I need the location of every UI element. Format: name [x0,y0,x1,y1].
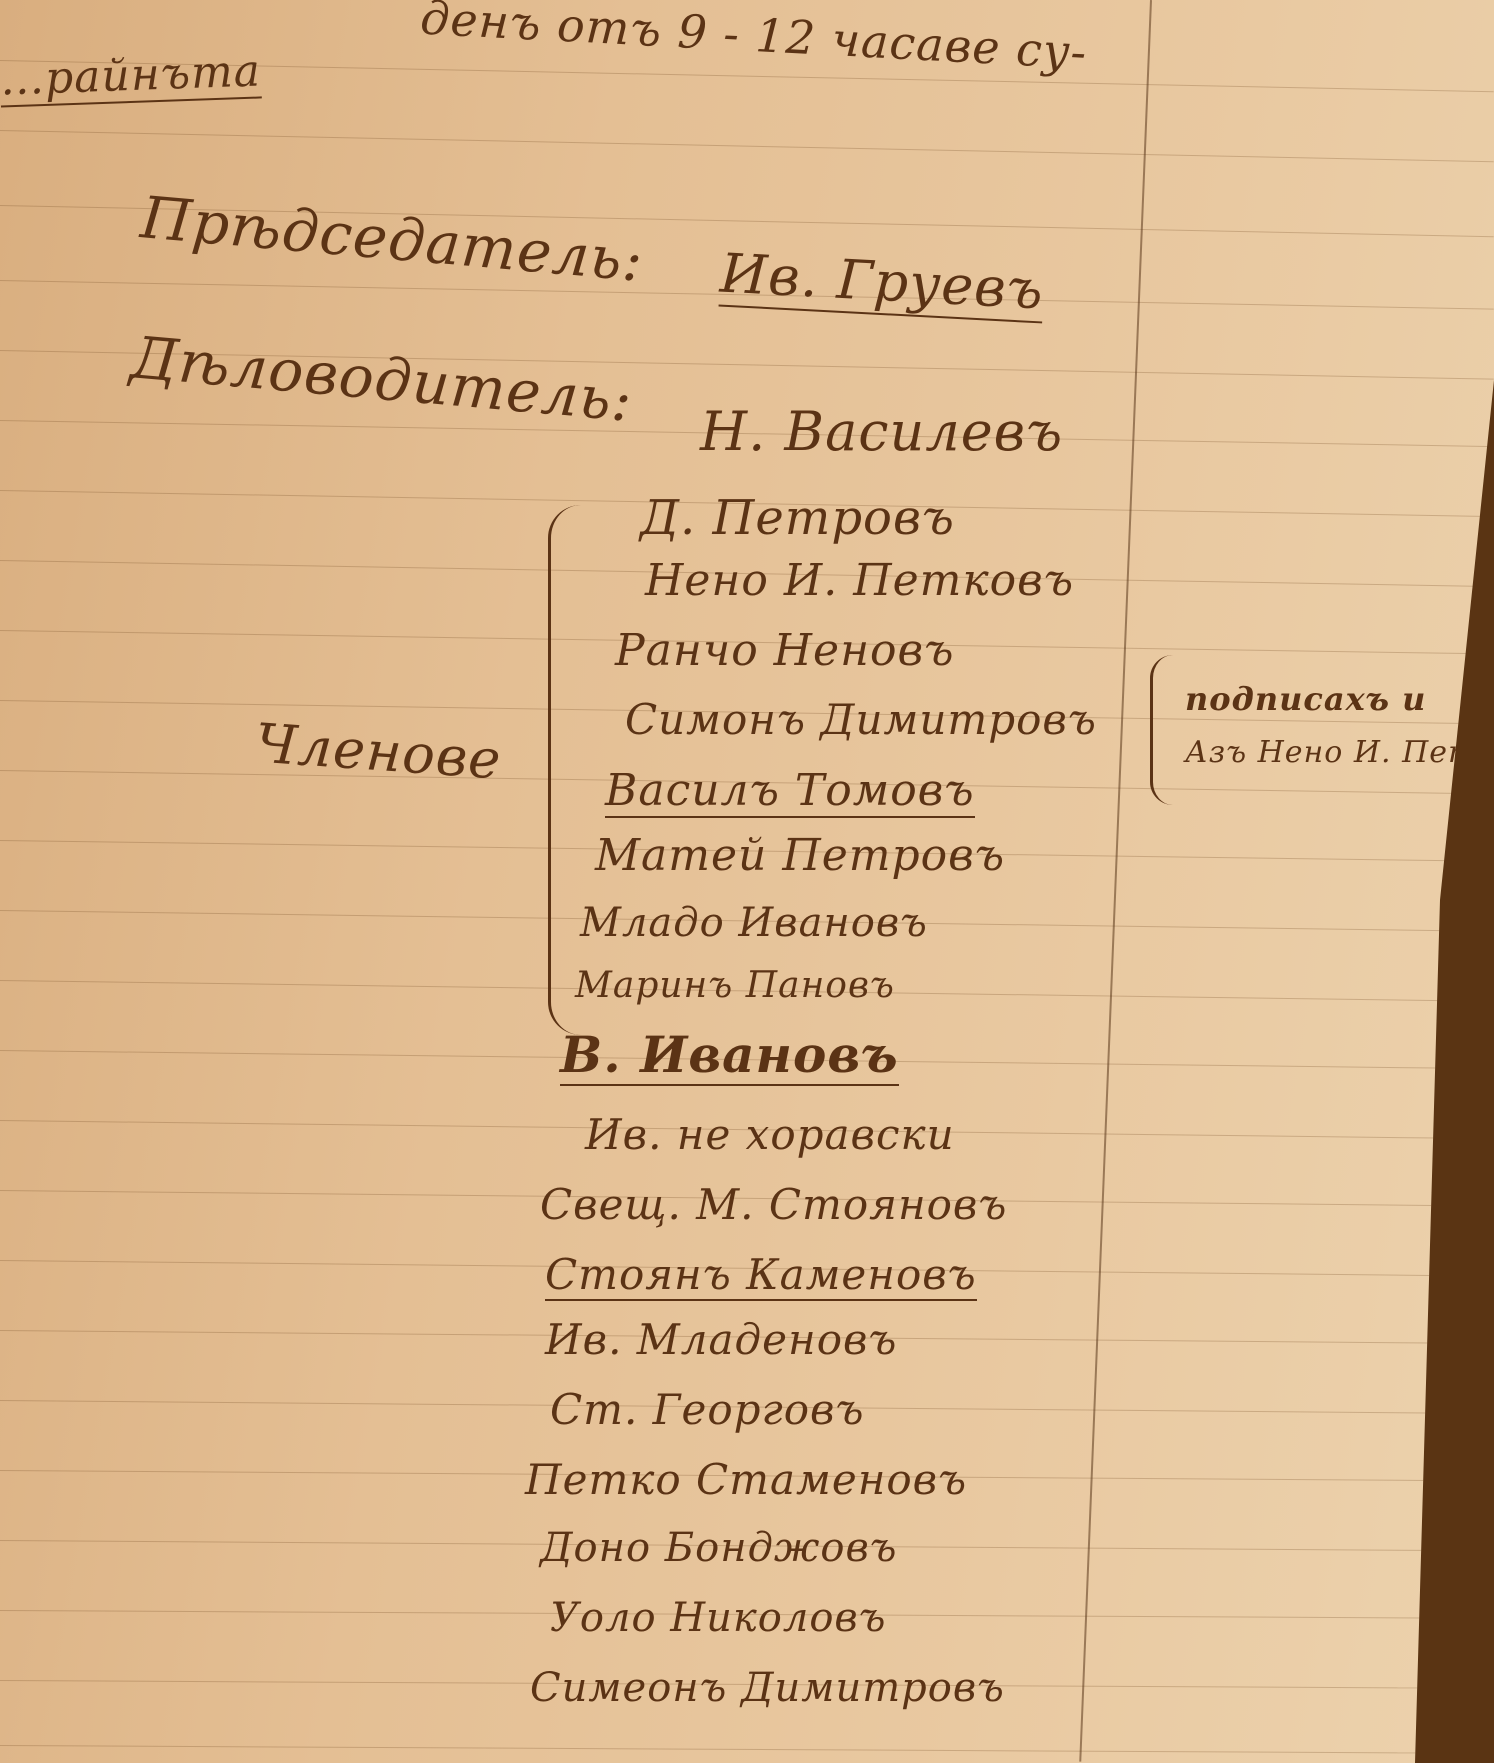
secretary-name: Н. Василевъ [700,400,1063,463]
side-note-brace [1150,655,1173,805]
signature: Петко Стаменовъ [525,1455,967,1504]
signature: Ив. Младеновъ [545,1315,897,1364]
member-signature: Ранчо Неновъ [615,625,955,676]
signature: Ив. не хоравски [585,1110,955,1159]
signature: Ст. Георговъ [550,1385,864,1434]
signature: Свещ. М. Стояновъ [540,1180,1007,1229]
members-brace [548,505,581,1035]
ruled-line [0,1745,1494,1754]
header-line-2: …райнъта [0,45,262,107]
member-signature: Д. Петровъ [640,490,955,546]
ruled-line [0,130,1494,162]
header-line-1: денъ отъ 9 - 12 часаве су- [419,0,1089,79]
secretary-label: Дѣловодитель: [128,323,635,435]
member-signature: В. Ивановъ [560,1025,899,1086]
side-note-line-1: подписахъ и [1185,680,1426,718]
chairman-label: Прѣдседатель: [138,183,646,295]
member-signature: Маринъ Пановъ [575,965,895,1006]
side-note-line-2: Азъ Нено И. Петковъ [1185,735,1494,770]
member-signature: Матей Петровъ [595,830,1005,881]
ledger-page: денъ отъ 9 - 12 часаве су- …райнъта Прѣд… [0,0,1494,1763]
member-signature: Младо Ивановъ [580,900,928,946]
signature: Доно Бонджовъ [540,1525,897,1571]
signature: Симеонъ Димитровъ [530,1665,1005,1711]
chairman-name: Ив. Груевъ [719,242,1046,324]
member-signature: Нено И. Петковъ [645,555,1074,606]
member-signature: Василъ Томовъ [605,765,975,818]
signature: Стоянъ Каменовъ [545,1250,977,1301]
members-label: Членове [253,711,503,791]
margin-line [1079,0,1152,1762]
member-signature: Симонъ Димитровъ [625,695,1097,744]
signature: Уоло Николовъ [550,1595,886,1641]
